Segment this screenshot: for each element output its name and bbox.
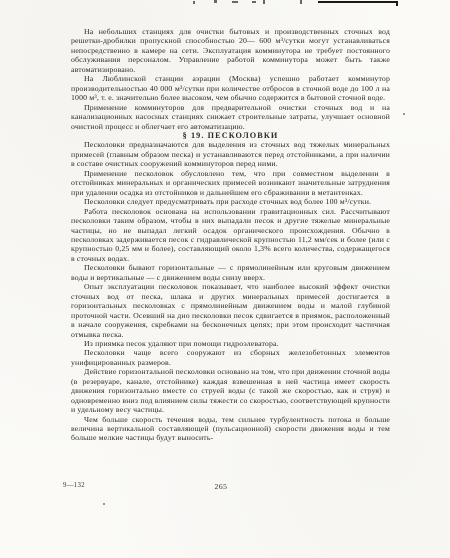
page-number: 265 <box>71 482 371 491</box>
scan-speck <box>403 113 405 115</box>
paragraph: Применение комминуторов для предваритель… <box>71 103 390 131</box>
cropped-rule-tick-artifact <box>396 1 398 6</box>
cropped-text-artifact <box>214 0 217 3</box>
text-column: На небольших станциях для очистки бытовы… <box>71 27 390 443</box>
cropped-rule-artifact <box>318 1 398 3</box>
paragraph: Чем больше скорость течения воды, тем си… <box>71 415 390 443</box>
cropped-text-artifact <box>263 0 265 4</box>
paragraph: На Люблинской станции аэрации (Москва) у… <box>71 74 390 102</box>
paragraph: Песколовки предназначаются для выделения… <box>71 140 390 168</box>
scanned-book-page: На небольших станциях для очистки бытовы… <box>0 0 450 558</box>
paragraph: Применение песколовок обусловлено тем, ч… <box>71 169 390 197</box>
paragraph: Песколовки бывают горизонтальные — с пря… <box>71 263 390 282</box>
scan-speck <box>103 503 105 505</box>
cropped-text-artifact <box>232 1 238 3</box>
section-heading: § 19. ПЕСКОЛОВКИ <box>71 131 390 140</box>
paragraph: Из приямка песок удаляют при помощи гидр… <box>71 339 390 348</box>
paragraph: Опыт эксплуатации песколовок показывает,… <box>71 282 390 339</box>
paragraph: Действие горизонтальной песколовки основ… <box>71 367 390 414</box>
paragraph: На небольших станциях для очистки бытовы… <box>71 27 390 74</box>
paragraph: Песколовки чаще всего сооружают из сборн… <box>71 348 390 367</box>
paragraph: Работа песколовок основана на использова… <box>71 207 390 264</box>
cropped-text-artifact <box>252 1 256 3</box>
cropped-text-artifact <box>300 0 302 4</box>
cropped-text-artifact <box>193 1 195 4</box>
paragraph: Песколовки следует предусматривать при р… <box>71 197 390 206</box>
